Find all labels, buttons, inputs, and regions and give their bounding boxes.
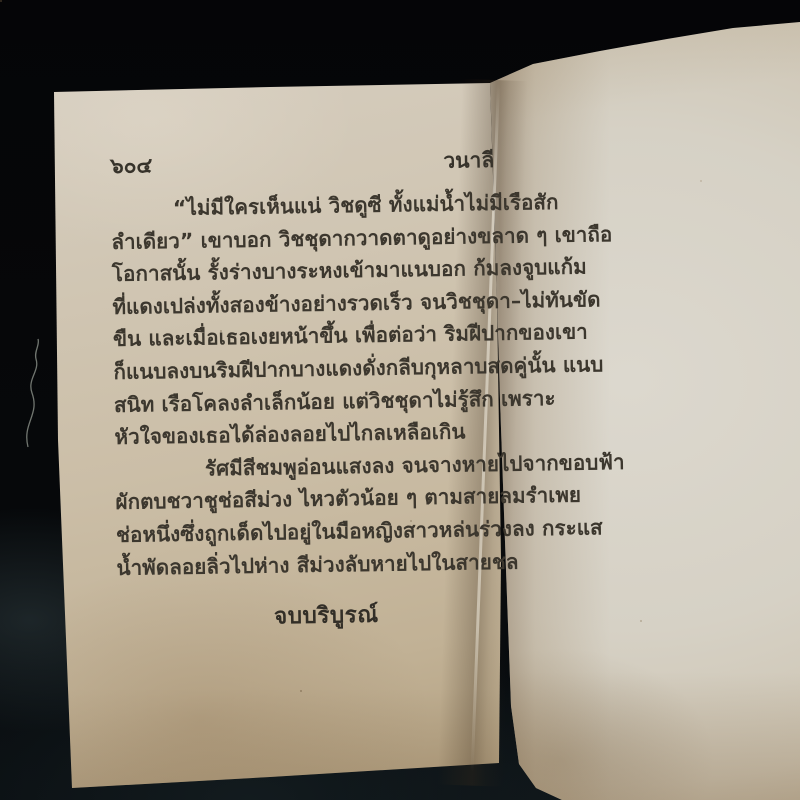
paper-specks <box>0 0 2 2</box>
text-line: น้ำพัดลอยลิ่วไปห่าง สีม่วงลับหายไปในสายช… <box>116 545 500 584</box>
text-line: ก็แนบลงบนริมฝีปากบางแดงดั่งกลีบกุหลาบสดค… <box>113 350 497 389</box>
the-end-label: จบบริบูรณ์ <box>117 594 502 636</box>
page-header: ๖๐๔ วนาลี <box>110 144 494 183</box>
book-photo: ๖๐๔ วนาลี “ไม่มีใครเห็นแน่ วิชดูซี ทั้งแ… <box>0 0 800 800</box>
text-line: ช่อหนึ่งซึ่งถูกเด็ดไปอยู่ในมือหญิงสาวหล่… <box>116 513 500 552</box>
stray-thread <box>10 335 56 455</box>
text-line: “ไม่มีใครเห็นแน่ วิชดูซี ทั้งแม่น้ำไม่มี… <box>111 187 495 226</box>
running-title: วนาลี <box>443 144 494 178</box>
printed-text-block: ๖๐๔ วนาลี “ไม่มีใครเห็นแน่ วิชดูซี ทั้งแ… <box>110 144 502 636</box>
page-number: ๖๐๔ <box>110 149 153 183</box>
